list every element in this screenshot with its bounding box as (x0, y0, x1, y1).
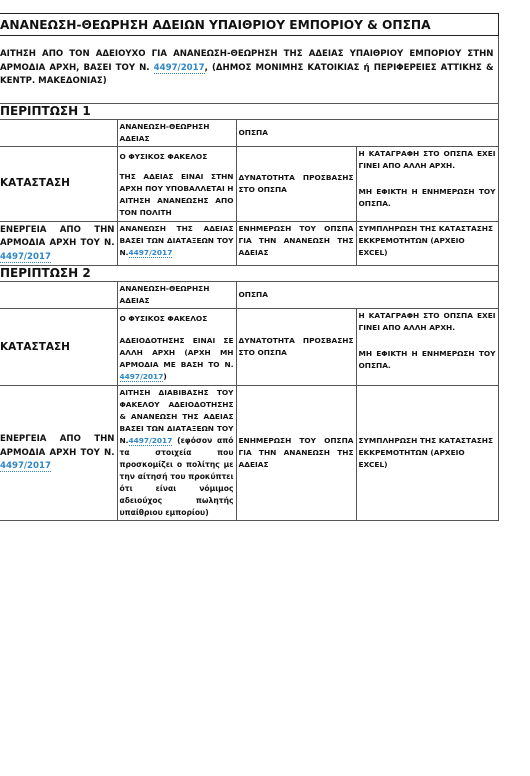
case-heading: ΠΕΡΙΠΤΩΣΗ 2 (0, 266, 498, 282)
column-header-row: ΑΝΑΝΕΩΣΗ-ΘΕΩΡΗΣΗ ΑΔΕΙΑΣ ΟΠΣΠΑ (0, 282, 498, 309)
law-link[interactable]: 4497/2017 (129, 248, 173, 258)
state-access: ΔΥΝΑΤΟΤΗΤΑ ΠΡΟΣΒΑΣΗΣ ΣΤΟ ΟΠΣΠΑ (236, 309, 356, 386)
action-opspa-update: ΕΝΗΜΕΡΩΣΗ ΤΟΥ ΟΠΣΠΑ ΓΙΑ ΤΗΝ ΑΝΑΝΕΩΣΗ ΤΗΣ… (236, 386, 356, 521)
state-license: Ο ΦΥΣΙΚΟΣ ΦΑΚΕΛΟΣ ΤΗΣ ΑΔΕΙΑΣ ΕΙΝΑΙ ΣΤΗΝ … (117, 146, 236, 221)
empty-cell (0, 119, 117, 146)
license-note: (εφόσον από τα στοιχεία που προσκομίζει … (120, 436, 234, 517)
case-heading-row: ΠΕΡΙΠΤΩΣΗ 1 (0, 103, 498, 119)
state-note: Η ΚΑΤΑΓΡΑΦΗ ΣΤΟ ΟΠΣΠΑ ΕΧΕΙ ΓΙΝΕΙ ΑΠΟ ΑΛΛ… (356, 309, 498, 386)
col-header-opspa: ΟΠΣΠΑ (236, 119, 498, 146)
case-heading-row: ΠΕΡΙΠΤΩΣΗ 2 (0, 266, 498, 282)
column-header-row: ΑΝΑΝΕΩΣΗ-ΘΕΩΡΗΣΗ ΑΔΕΙΑΣ ΟΠΣΠΑ (0, 119, 498, 146)
action-pending: ΣΥΜΠΛΗΡΩΣΗ ΤΗΣ ΚΑΤΑΣΤΑΣΗΣ ΕΚΚΡΕΜΟΤΗΤΩΝ (… (356, 221, 498, 266)
action-label: ΕΝΕΡΓΕΙΑ ΑΠΟ ΤΗΝ ΑΡΜΟΔΙΑ ΑΡΧΗ ΤΟΥ Ν. 449… (0, 221, 117, 266)
state-label: ΚΑΤΑΣΤΑΣΗ (0, 309, 117, 386)
description: ΑΙΤΗΣΗ ΑΠΟ ΤΟΝ ΑΔΕΙΟΥΧΟ ΓΙΑ ΑΝΑΝΕΩΣΗ-ΘΕΩ… (0, 36, 498, 104)
state-label: ΚΑΤΑΣΤΑΣΗ (0, 146, 117, 221)
action-opspa-update: ΕΝΗΜΕΡΩΣΗ ΤΟΥ ΟΠΣΠΑ ΓΙΑ ΤΗΝ ΑΝΑΝΕΩΣΗ ΤΗΣ… (236, 221, 356, 266)
action-label: ΕΝΕΡΓΕΙΑ ΑΠΟ ΤΗΝ ΑΡΜΟΔΙΑ ΑΡΧΗ ΤΟΥ Ν. 449… (0, 386, 117, 521)
law-link[interactable]: 4497/2017 (129, 436, 173, 446)
col-header-license: ΑΝΑΝΕΩΣΗ-ΘΕΩΡΗΣΗ ΑΔΕΙΑΣ (117, 119, 236, 146)
action-license: ΑΝΑΝΕΩΣΗ ΤΗΣ ΑΔΕΙΑΣ ΒΑΣΕΙ ΤΩΝ ΔΙΑΤΑΞΕΩΝ … (117, 221, 236, 266)
page-title: ΑΝΑΝΕΩΣΗ-ΘΕΩΡΗΣΗ ΑΔΕΙΩΝ ΥΠΑΙΘΡΙΟΥ ΕΜΠΟΡΙ… (0, 14, 498, 36)
law-link[interactable]: 4497/2017 (120, 372, 164, 382)
action-pending: ΣΥΜΠΛΗΡΩΣΗ ΤΗΣ ΚΑΤΑΣΤΑΣΗΣ ΕΚΚΡΕΜΟΤΗΤΩΝ (… (356, 386, 498, 521)
action-row: ΕΝΕΡΓΕΙΑ ΑΠΟ ΤΗΝ ΑΡΜΟΔΙΑ ΑΡΧΗ ΤΟΥ Ν. 449… (0, 386, 498, 521)
case-heading: ΠΕΡΙΠΤΩΣΗ 1 (0, 103, 498, 119)
action-row: ΕΝΕΡΓΕΙΑ ΑΠΟ ΤΗΝ ΑΡΜΟΔΙΑ ΑΡΧΗ ΤΟΥ Ν. 449… (0, 221, 498, 266)
law-link[interactable]: 4497/2017 (154, 63, 205, 74)
renewal-table: ΑΝΑΝΕΩΣΗ-ΘΕΩΡΗΣΗ ΑΔΕΙΩΝ ΥΠΑΙΘΡΙΟΥ ΕΜΠΟΡΙ… (0, 13, 499, 521)
state-row: ΚΑΤΑΣΤΑΣΗ Ο ΦΥΣΙΚΟΣ ΦΑΚΕΛΟΣ ΑΔΕΙΟΔΟΤΗΣΗΣ… (0, 309, 498, 386)
title-row: ΑΝΑΝΕΩΣΗ-ΘΕΩΡΗΣΗ ΑΔΕΙΩΝ ΥΠΑΙΘΡΙΟΥ ΕΜΠΟΡΙ… (0, 14, 498, 36)
law-link[interactable]: 4497/2017 (0, 461, 51, 472)
state-access: ΔΥΝΑΤΟΤΗΤΑ ΠΡΟΣΒΑΣΗΣ ΣΤΟ ΟΠΣΠΑ (236, 146, 356, 221)
col-header-license: ΑΝΑΝΕΩΣΗ-ΘΕΩΡΗΣΗ ΑΔΕΙΑΣ (117, 282, 236, 309)
law-link[interactable]: 4497/2017 (0, 252, 51, 263)
col-header-opspa: ΟΠΣΠΑ (236, 282, 498, 309)
empty-cell (0, 282, 117, 309)
document: ΑΝΑΝΕΩΣΗ-ΘΕΩΡΗΣΗ ΑΔΕΙΩΝ ΥΠΑΙΘΡΙΟΥ ΕΜΠΟΡΙ… (0, 13, 498, 521)
state-note: Η ΚΑΤΑΓΡΑΦΗ ΣΤΟ ΟΠΣΠΑ ΕΧΕΙ ΓΙΝΕΙ ΑΠΟ ΑΛΛ… (356, 146, 498, 221)
description-row: ΑΙΤΗΣΗ ΑΠΟ ΤΟΝ ΑΔΕΙΟΥΧΟ ΓΙΑ ΑΝΑΝΕΩΣΗ-ΘΕΩ… (0, 36, 498, 104)
action-license: ΑΙΤΗΣΗ ΔΙΑΒΙΒΑΣΗΣ ΤΟΥ ΦΑΚΕΛΟΥ ΑΔΕΙΟΔΟΤΗΣ… (117, 386, 236, 521)
state-row: ΚΑΤΑΣΤΑΣΗ Ο ΦΥΣΙΚΟΣ ΦΑΚΕΛΟΣ ΤΗΣ ΑΔΕΙΑΣ Ε… (0, 146, 498, 221)
state-license: Ο ΦΥΣΙΚΟΣ ΦΑΚΕΛΟΣ ΑΔΕΙΟΔΟΤΗΣΗΣ ΕΙΝΑΙ ΣΕ … (117, 309, 236, 386)
